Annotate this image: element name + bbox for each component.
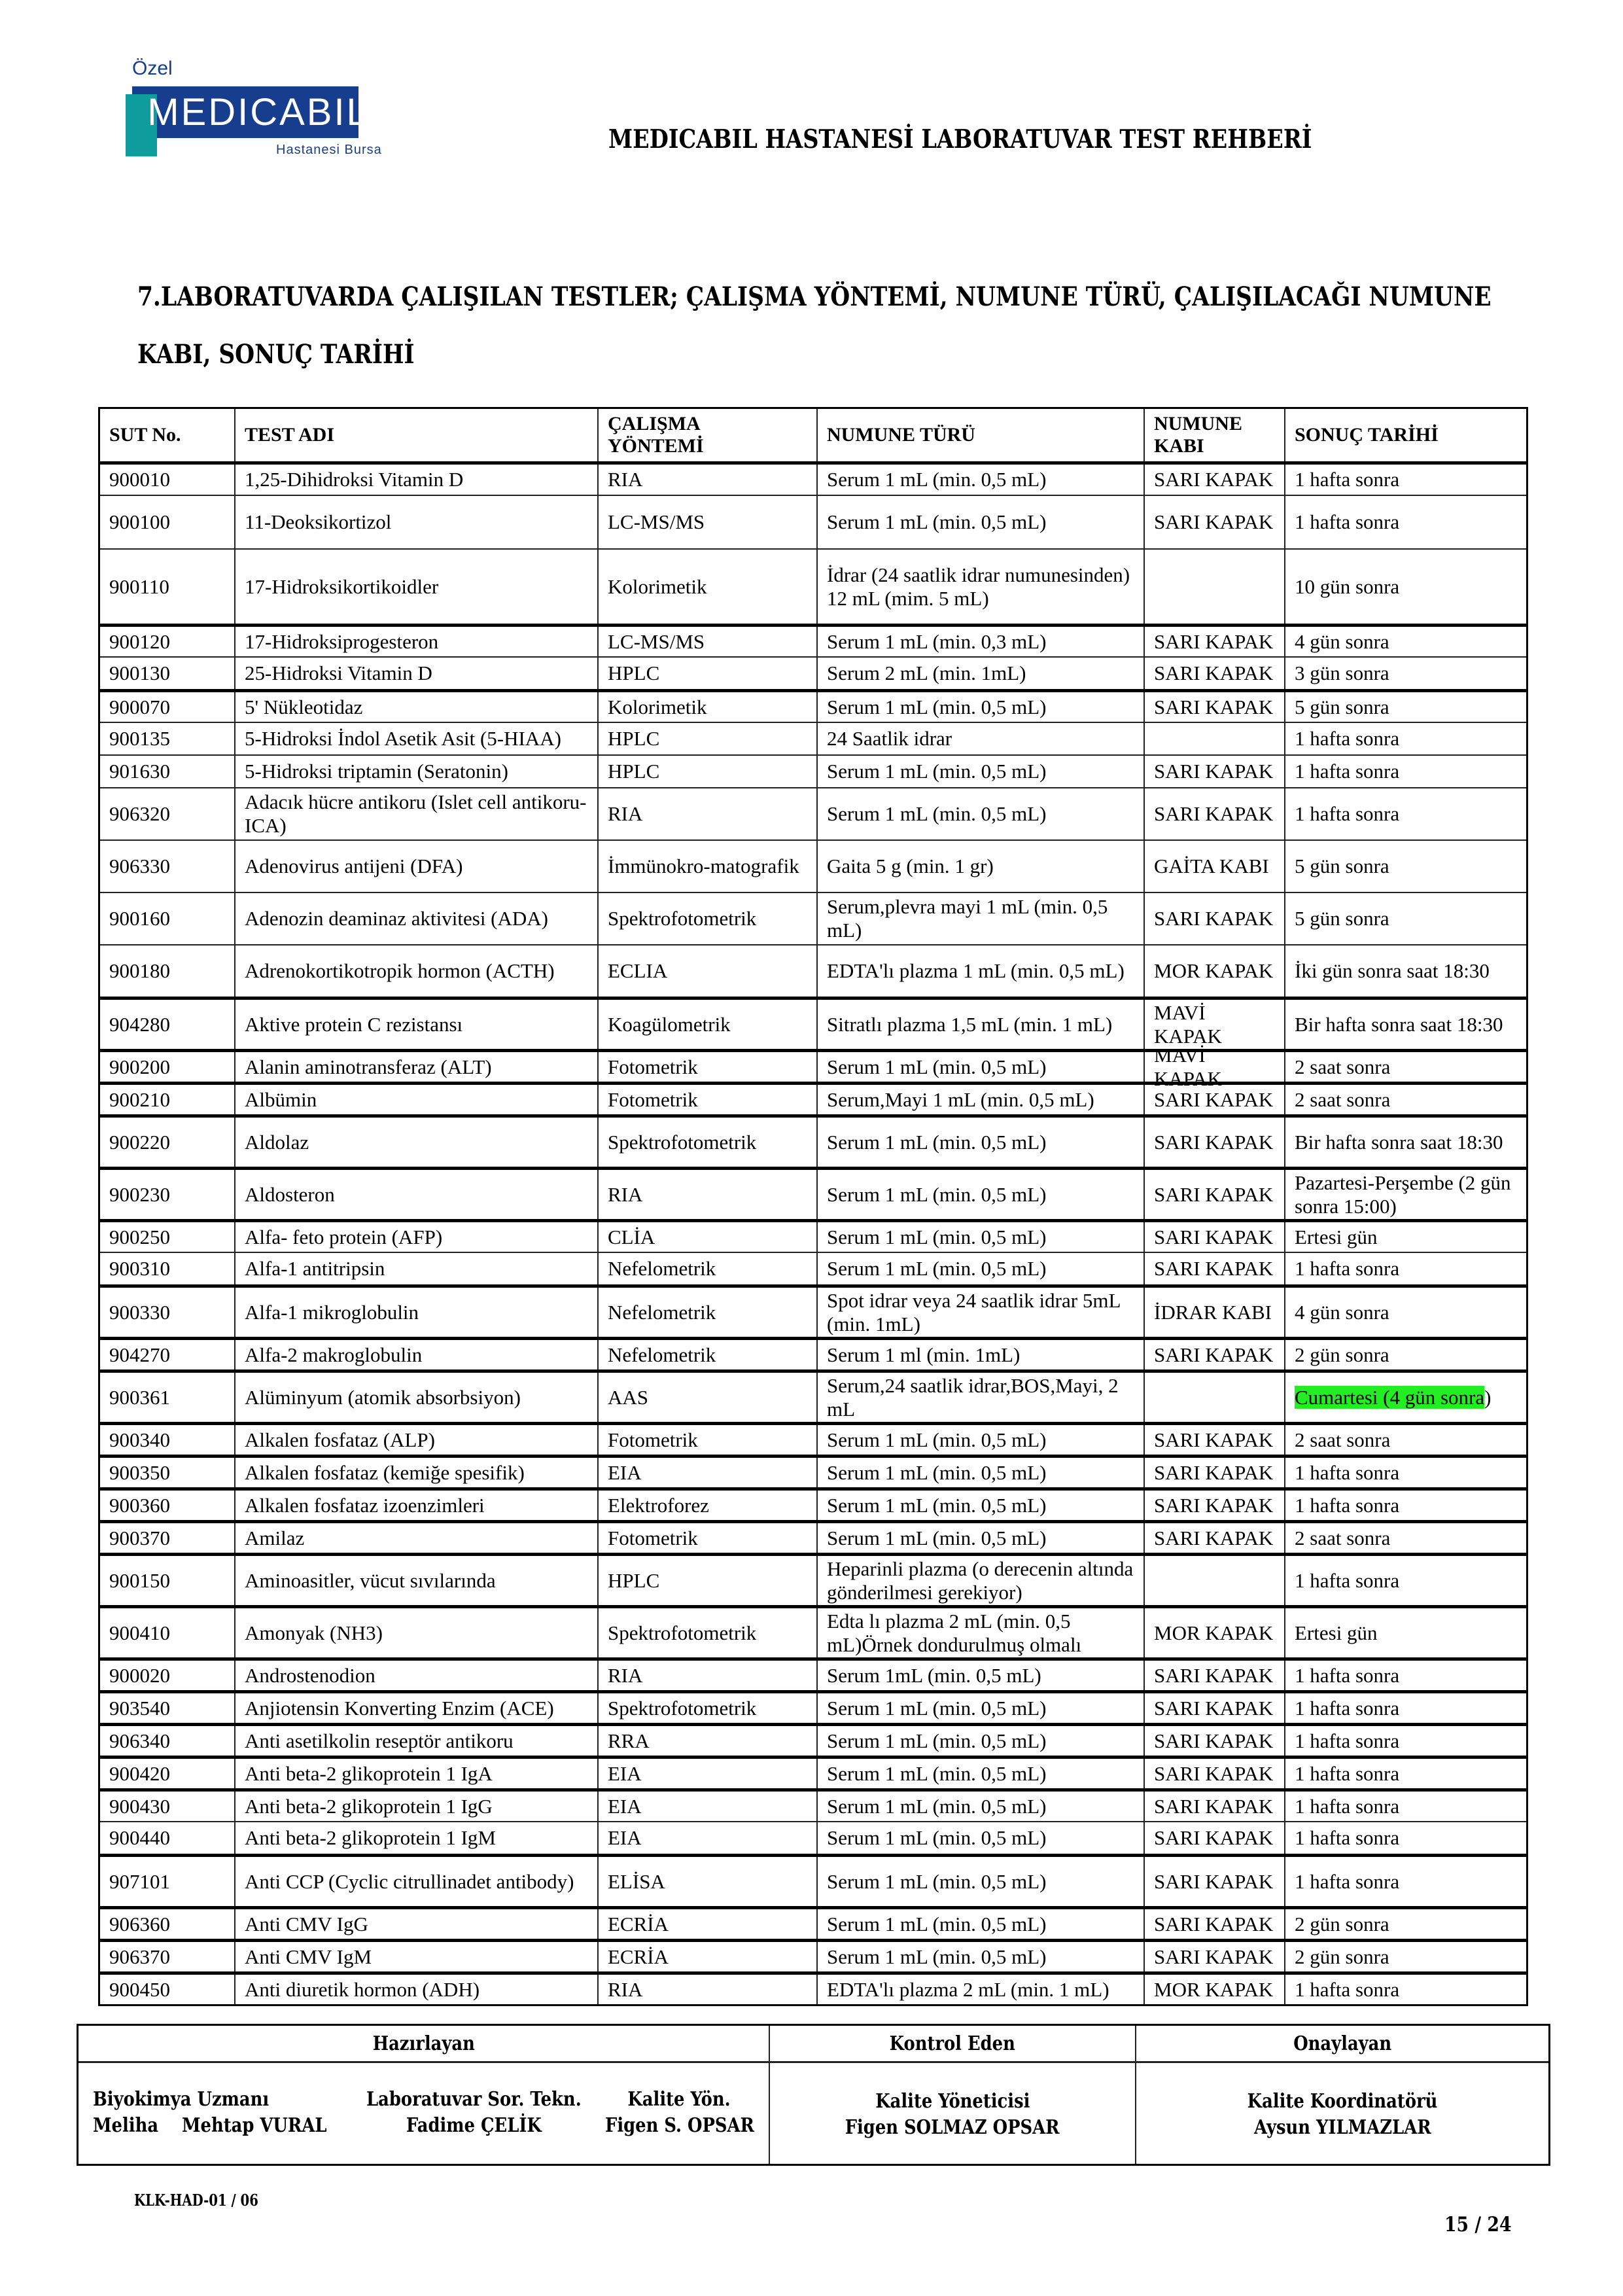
column-header: NUMUNE TÜRÜ [816,409,1143,461]
cell-sample: EDTA'lı plazma 2 mL (min. 1 mL) [816,1975,1143,2004]
cell-sut: 906370 [100,1942,234,1971]
cell-sut: 901630 [100,756,234,787]
cell-method: RIA [597,465,816,495]
cell-sut: 900130 [100,658,234,689]
table-row: 9001355-Hidroksi İndol Asetik Asit (5-HI… [100,722,1526,754]
cell-sut: 906340 [100,1726,234,1756]
cell-result: 1 hafta sonra [1284,1458,1526,1487]
table-row: 900180Adrenokortikotropik hormon (ACTH)E… [100,944,1526,997]
cell-method: LC-MS/MS [597,627,816,656]
document-title: MEDICABIL HASTANESİ LABORATUVAR TEST REH… [608,124,1312,154]
cell-test: Amilaz [234,1523,597,1553]
cell-result: 1 hafta sonra [1284,1857,1526,1906]
cell-sut: 900135 [100,723,234,754]
cell-result: 4 gün sonra [1284,1288,1526,1337]
highlighted-text: Cumartesi (4 gün sonra [1295,1386,1484,1409]
cell-container: SARI KAPAK [1143,893,1284,944]
cell-sample: Serum 1 mL (min. 0,5 mL) [816,1170,1143,1219]
cell-test: Anti CCP (Cyclic citrullinadet antibody) [234,1857,597,1906]
cell-result: Bir hafta sonra saat 18:30 [1284,1118,1526,1167]
column-header: SUT No. [100,409,234,461]
cell-sample: Serum,plevra mayi 1 mL (min. 0,5 mL) [816,893,1143,944]
cell-container: MAVİ KAPAK [1143,1052,1284,1082]
cell-sut: 900220 [100,1118,234,1167]
cell-test: Amonyak (NH3) [234,1608,597,1657]
cell-result: Ertesi gün [1284,1608,1526,1657]
cell-test: Androstenodion [234,1661,597,1690]
cell-container: SARI KAPAK [1143,1118,1284,1167]
cell-sut: 900110 [100,550,234,624]
cell-sample: Serum 1 mL (min. 0,5 mL) [816,1118,1143,1167]
approver-name: Aysun YILMAZLAR [1254,2115,1431,2141]
cell-sut: 906330 [100,841,234,892]
cell-sample: Serum 1 mL (min. 0,5 mL) [816,1253,1143,1284]
cell-method: ECLIA [597,945,816,997]
table-row: 900430Anti beta-2 glikoprotein 1 IgGEIAS… [100,1788,1526,1821]
cell-method: İmmünokro-matografik [597,841,816,892]
column-header: SONUÇ TARİHİ [1284,409,1526,461]
cell-sample: Serum 1 mL (min. 0,5 mL) [816,1052,1143,1082]
cell-test: Anti asetilkolin reseptör antikoru [234,1726,597,1756]
cell-result: 1 hafta sonra [1284,1975,1526,2004]
cell-test: Anti CMV IgM [234,1942,597,1971]
table-row: 90011017-HidroksikortikoidlerKolorimetik… [100,548,1526,624]
cell-test: Alfa-2 makroglobulin [234,1340,597,1369]
cell-result: Pazartesi-Perşembe (2 gün sonra 15:00) [1284,1170,1526,1219]
cell-method: CLİA [597,1222,816,1252]
cell-container: SARI KAPAK [1143,465,1284,495]
cell-container: SARI KAPAK [1143,1222,1284,1252]
table-row: 900440Anti beta-2 glikoprotein 1 IgMEIAS… [100,1821,1526,1854]
cell-method: RIA [597,1975,816,2004]
table-row: 900340Alkalen fosfataz (ALP)FotometrikSe… [100,1422,1526,1455]
cell-result: 1 hafta sonra [1284,788,1526,839]
cell-test: Alkalen fosfataz (kemiğe spesifik) [234,1458,597,1487]
table-row: 900420Anti beta-2 glikoprotein 1 IgAEIAS… [100,1756,1526,1788]
cell-sample: Serum 1 mL (min. 0,5 mL) [816,465,1143,495]
table-header: SUT No. TEST ADI ÇALIŞMA YÖNTEMİ NUMUNE … [100,409,1526,461]
cell-test: 17-Hidroksiprogesteron [234,627,597,656]
cell-test: Aktive protein C rezistansı [234,1000,597,1049]
cell-result: 2 saat sonra [1284,1052,1526,1082]
cell-container: SARI KAPAK [1143,1726,1284,1756]
cell-result: Cumartesi (4 gün sonra) [1284,1373,1526,1422]
table-row: 900361Alüminyum (atomik absorbsiyon)AASS… [100,1369,1526,1422]
cell-method: Fotometrik [597,1052,816,1082]
cell-test: Adrenokortikotropik hormon (ACTH) [234,945,597,997]
table-row: 900150Aminoasitler, vücut sıvılarındaHPL… [100,1553,1526,1605]
column-header: TEST ADI [234,409,597,461]
cell-test: Adacık hücre antikoru (Islet cell antiko… [234,788,597,839]
cell-sut: 900230 [100,1170,234,1219]
cell-method: ECRİA [597,1942,816,1971]
cell-method: Koagülometrik [597,1000,816,1049]
cell-method: HPLC [597,1556,816,1605]
cell-result: 2 gün sonra [1284,1942,1526,1971]
cell-sample: Serum 1 mL (min. 0,5 mL) [816,496,1143,548]
approved-heading: Onaylayan [1293,2032,1391,2055]
cell-sample: Serum 1 mL (min. 0,5 mL) [816,756,1143,787]
cell-container: SARI KAPAK [1143,1661,1284,1690]
cell-test: Alüminyum (atomik absorbsiyon) [234,1373,597,1422]
cell-sample: Serum 1 mL (min. 0,5 mL) [816,1857,1143,1906]
cell-sut: 900370 [100,1523,234,1553]
cell-method: HPLC [597,756,816,787]
cell-method: Fotometrik [597,1085,816,1114]
cell-container: SARI KAPAK [1143,1857,1284,1906]
cell-sample: Serum 1 mL (min. 0,5 mL) [816,1523,1143,1553]
cell-sample: 24 Saatlik idrar [816,723,1143,754]
cell-test: 5-Hidroksi İndol Asetik Asit (5-HIAA) [234,723,597,754]
cell-container: SARI KAPAK [1143,788,1284,839]
cell-method: Nefelometrik [597,1288,816,1337]
table-row: 900450Anti diuretik hormon (ADH)RIAEDTA'… [100,1971,1526,2004]
table-row: 903540Anjiotensin Konverting Enzim (ACE)… [100,1690,1526,1723]
cell-test: Alkalen fosfataz izoenzimleri [234,1491,597,1520]
cell-sut: 900420 [100,1759,234,1788]
logo-prefix: Özel [132,58,173,80]
cell-container: SARI KAPAK [1143,1759,1284,1788]
controlled-heading: Kontrol Eden [890,2032,1015,2055]
preparer: Biyokimya Uzmanı Meliha Mehtap VURAL [93,2087,326,2139]
cell-sut: 900120 [100,627,234,656]
cell-sample: Gaita 5 g (min. 1 gr) [816,841,1143,892]
cell-sample: Serum 1 mL (min. 0,5 mL) [816,1759,1143,1788]
cell-method: RIA [597,1170,816,1219]
cell-sample: Serum 1 mL (min. 0,5 mL) [816,1822,1143,1854]
cell-method: Elektroforez [597,1491,816,1520]
table-row: 904280Aktive protein C rezistansıKoagülo… [100,997,1526,1049]
cell-result: 1 hafta sonra [1284,1556,1526,1605]
cell-sut: 900450 [100,1975,234,2004]
table-row: 900370AmilazFotometrikSerum 1 mL (min. 0… [100,1520,1526,1553]
cell-sample: İdrar (24 saatlik idrar numunesinden) 12… [816,550,1143,624]
cell-sample: Serum 1 mL (min. 0,3 mL) [816,627,1143,656]
table-row: 906320Adacık hücre antikoru (Islet cell … [100,787,1526,839]
document-code: KLK-HAD-01 / 06 [134,2191,258,2210]
cell-method: HPLC [597,658,816,689]
cell-method: Nefelometrik [597,1253,816,1284]
cell-result: 2 gün sonra [1284,1340,1526,1369]
cell-sample: Serum,Mayi 1 mL (min. 0,5 mL) [816,1085,1143,1114]
cell-sut: 906360 [100,1909,234,1939]
cell-sut: 900070 [100,692,234,722]
table-row: 9000705' NükleotidazKolorimetikSerum 1 m… [100,689,1526,722]
cell-sut: 900430 [100,1792,234,1821]
table-row: 906370Anti CMV IgMECRİASerum 1 mL (min. … [100,1939,1526,1971]
cell-test: Alfa-1 mikroglobulin [234,1288,597,1337]
cell-method: Kolorimetik [597,550,816,624]
cell-container: SARI KAPAK [1143,1458,1284,1487]
cell-container [1143,550,1284,624]
cell-sample: Serum 1 mL (min. 0,5 mL) [816,1491,1143,1520]
cell-result: 1 hafta sonra [1284,756,1526,787]
cell-container: SARI KAPAK [1143,1523,1284,1553]
cell-result: 1 hafta sonra [1284,1661,1526,1690]
cell-method: RRA [597,1726,816,1756]
cell-test: Aminoasitler, vücut sıvılarında [234,1556,597,1605]
cell-sut: 900150 [100,1556,234,1605]
test-table: SUT No. TEST ADI ÇALIŞMA YÖNTEMİ NUMUNE … [98,407,1528,2006]
cell-container: SARI KAPAK [1143,1253,1284,1284]
cell-sample: Edta lı plazma 2 mL (min. 0,5 mL)Örnek d… [816,1608,1143,1657]
cell-sut: 904270 [100,1340,234,1369]
table-row: 900360Alkalen fosfataz izoenzimleriElekt… [100,1487,1526,1520]
cell-method: ELİSA [597,1857,816,1906]
table-row: 900310Alfa-1 antitripsinNefelometrikSeru… [100,1252,1526,1284]
cell-result: 3 gün sonra [1284,658,1526,689]
preparer: Laboratuvar Sor. Tekn. Fadime ÇELİK [366,2087,582,2139]
cell-container: SARI KAPAK [1143,1822,1284,1854]
cell-test: Anti CMV IgG [234,1909,597,1939]
cell-container: SARI KAPAK [1143,1425,1284,1455]
table-row: 906330Adenovirus antijeni (DFA)İmmünokro… [100,839,1526,892]
cell-container: MOR KAPAK [1143,1608,1284,1657]
cell-container: İDRAR KABI [1143,1288,1284,1337]
cell-sut: 900250 [100,1222,234,1252]
table-row: 900230AldosteronRIASerum 1 mL (min. 0,5 … [100,1167,1526,1219]
cell-sample: EDTA'lı plazma 1 mL (min. 0,5 mL) [816,945,1143,997]
logo-subtitle: Hastanesi Bursa [276,143,382,158]
cell-sample: Serum 1 mL (min. 0,5 mL) [816,1909,1143,1939]
table-row: 900210AlbüminFotometrikSerum,Mayi 1 mL (… [100,1082,1526,1114]
cell-sut: 900010 [100,465,234,495]
cell-container: SARI KAPAK [1143,1909,1284,1939]
cell-container: SARI KAPAK [1143,658,1284,689]
table-row: 90013025-Hidroksi Vitamin DHPLCSerum 2 m… [100,656,1526,689]
cell-sut: 900020 [100,1661,234,1690]
controller-name: Figen SOLMAZ OPSAR [845,2115,1060,2141]
cell-result: 5 gün sonra [1284,692,1526,722]
cell-method: Kolorimetik [597,692,816,722]
table-row: 9016305-Hidroksi triptamin (Seratonin)HP… [100,754,1526,787]
cell-result: 1 hafta sonra [1284,1693,1526,1723]
cell-test: Aldosteron [234,1170,597,1219]
cell-sut: 900361 [100,1373,234,1422]
cell-method: HPLC [597,723,816,754]
cell-sample: Serum 1 mL (min. 0,5 mL) [816,1693,1143,1723]
cell-sut: 903540 [100,1693,234,1723]
cell-sample: Sitratlı plazma 1,5 mL (min. 1 mL) [816,1000,1143,1049]
cell-sample: Serum 1 ml (min. 1mL) [816,1340,1143,1369]
cell-sut: 900100 [100,496,234,548]
cell-test: 17-Hidroksikortikoidler [234,550,597,624]
cell-result: 2 saat sonra [1284,1523,1526,1553]
cell-sut: 900310 [100,1253,234,1284]
cell-result: 1 hafta sonra [1284,1792,1526,1821]
cell-result: 10 gün sonra [1284,550,1526,624]
cell-test: 1,25-Dihidroksi Vitamin D [234,465,597,495]
cell-method: EIA [597,1822,816,1854]
table-row: 900330Alfa-1 mikroglobulinNefelometrikSp… [100,1284,1526,1337]
cell-test: Alfa-1 antitripsin [234,1253,597,1284]
cell-test: Anjiotensin Konverting Enzim (ACE) [234,1693,597,1723]
cell-test: Adenovirus antijeni (DFA) [234,841,597,892]
table-row: 900220AldolazSpektrofotometrikSerum 1 mL… [100,1114,1526,1167]
controlled-by: Kontrol Eden Kalite Yöneticisi Figen SOL… [769,2026,1135,2164]
table-row: 90012017-HidroksiprogesteronLC-MS/MSSeru… [100,624,1526,656]
cell-result: 1 hafta sonra [1284,465,1526,495]
cell-method: EIA [597,1759,816,1788]
cell-method: EIA [597,1792,816,1821]
column-header: ÇALIŞMA YÖNTEMİ [597,409,816,461]
table-row: 900200Alanin aminotransferaz (ALT)Fotome… [100,1049,1526,1082]
cell-result: 1 hafta sonra [1284,1253,1526,1284]
cell-result: 5 gün sonra [1284,841,1526,892]
cell-sut: 907101 [100,1857,234,1906]
cell-sample: Serum 1 mL (min. 0,5 mL) [816,1726,1143,1756]
cell-sut: 900160 [100,893,234,944]
cell-container [1143,1556,1284,1605]
cell-container: SARI KAPAK [1143,1942,1284,1971]
cell-test: Anti beta-2 glikoprotein 1 IgM [234,1822,597,1854]
hospital-logo: Özel MEDICABIL Hastanesi Bursa [126,58,466,156]
cell-container: MOR KAPAK [1143,945,1284,997]
cell-sut: 900340 [100,1425,234,1455]
cell-result: İki gün sonra saat 18:30 [1284,945,1526,997]
table-row: 906340Anti asetilkolin reseptör antikoru… [100,1723,1526,1756]
cell-method: LC-MS/MS [597,496,816,548]
cell-method: Spektrofotometrik [597,1693,816,1723]
cell-container: SARI KAPAK [1143,496,1284,548]
cell-result: Bir hafta sonra saat 18:30 [1284,1000,1526,1049]
cell-sample: Serum,24 saatlik idrar,BOS,Mayi, 2 mL [816,1373,1143,1422]
cell-sample: Serum 1 mL (min. 0,5 mL) [816,1792,1143,1821]
cell-sample: Serum 1 mL (min. 0,5 mL) [816,1222,1143,1252]
cell-method: ECRİA [597,1909,816,1939]
cell-container: SARI KAPAK [1143,1340,1284,1369]
table-row: 907101Anti CCP (Cyclic citrullinadet ant… [100,1854,1526,1906]
cell-method: AAS [597,1373,816,1422]
cell-test: Anti diuretik hormon (ADH) [234,1975,597,2004]
signature-block: Hazırlayan Biyokimya Uzmanı Meliha Mehta… [77,2024,1550,2166]
cell-result: 2 gün sonra [1284,1909,1526,1939]
cell-container: SARI KAPAK [1143,1085,1284,1114]
cell-sut: 906320 [100,788,234,839]
cell-container: GAİTA KABI [1143,841,1284,892]
cell-test: 25-Hidroksi Vitamin D [234,658,597,689]
cell-result: 1 hafta sonra [1284,1822,1526,1854]
cell-container: SARI KAPAK [1143,1170,1284,1219]
cell-sut: 904280 [100,1000,234,1049]
cell-container [1143,1373,1284,1422]
cell-test: Alanin aminotransferaz (ALT) [234,1052,597,1082]
table-row: 90010011-DeoksikortizolLC-MS/MSSerum 1 m… [100,495,1526,548]
table-row: 900160Adenozin deaminaz aktivitesi (ADA)… [100,892,1526,944]
cell-method: Spektrofotometrik [597,1608,816,1657]
table-row: 900410Amonyak (NH3)SpektrofotometrikEdta… [100,1605,1526,1657]
cell-method: Spektrofotometrik [597,893,816,944]
cell-test: Anti beta-2 glikoprotein 1 IgG [234,1792,597,1821]
prepared-by: Hazırlayan Biyokimya Uzmanı Meliha Mehta… [79,2026,769,2164]
cell-sut: 900330 [100,1288,234,1337]
cell-result: Ertesi gün [1284,1222,1526,1252]
cell-sut: 900350 [100,1458,234,1487]
cell-test: Adenozin deaminaz aktivitesi (ADA) [234,893,597,944]
cell-container [1143,723,1284,754]
cell-result: 2 saat sonra [1284,1425,1526,1455]
cell-sut: 900410 [100,1608,234,1657]
cell-method: Fotometrik [597,1523,816,1553]
cell-sample: Spot idrar veya 24 saatlik idrar 5mL (mi… [816,1288,1143,1337]
cell-result: 5 gün sonra [1284,893,1526,944]
cell-result: 1 hafta sonra [1284,723,1526,754]
cell-sample: Serum 1 mL (min. 0,5 mL) [816,692,1143,722]
prepared-heading: Hazırlayan [372,2032,474,2055]
cell-test: Alfa- feto protein (AFP) [234,1222,597,1252]
cell-method: RIA [597,788,816,839]
cell-sample: Serum 1 mL (min. 0,5 mL) [816,1425,1143,1455]
cell-method: EIA [597,1458,816,1487]
page-number: 15 / 24 [1444,2213,1512,2236]
cell-container: SARI KAPAK [1143,1491,1284,1520]
cell-sample: Serum 1 mL (min. 0,5 mL) [816,1942,1143,1971]
cell-result: 1 hafta sonra [1284,496,1526,548]
cell-test: 11-Deoksikortizol [234,496,597,548]
cell-result: 2 saat sonra [1284,1085,1526,1114]
table-row: 900250Alfa- feto protein (AFP)CLİASerum … [100,1219,1526,1252]
cell-sut: 900360 [100,1491,234,1520]
cell-container: SARI KAPAK [1143,756,1284,787]
cell-sample: Serum 1 mL (min. 0,5 mL) [816,1458,1143,1487]
cell-container: SARI KAPAK [1143,627,1284,656]
approved-by: Onaylayan Kalite Koordinatörü Aysun YILM… [1135,2026,1548,2164]
column-header: NUMUNE KABI [1143,409,1284,461]
cell-sample: Serum 1mL (min. 0,5 mL) [816,1661,1143,1690]
controller-role: Kalite Yöneticisi [875,2089,1030,2115]
cell-method: RIA [597,1661,816,1690]
table-row: 906360Anti CMV IgGECRİASerum 1 mL (min. … [100,1906,1526,1939]
cell-test: 5' Nükleotidaz [234,692,597,722]
cell-method: Fotometrik [597,1425,816,1455]
logo-brand: MEDICABIL [147,90,370,134]
cell-result: 1 hafta sonra [1284,1491,1526,1520]
cell-sample: Serum 2 mL (min. 1mL) [816,658,1143,689]
cell-container: SARI KAPAK [1143,692,1284,722]
cell-test: Alkalen fosfataz (ALP) [234,1425,597,1455]
cell-container: SARI KAPAK [1143,1792,1284,1821]
cell-sut: 900200 [100,1052,234,1082]
cell-sample: Heparinli plazma (o derecenin altında gö… [816,1556,1143,1605]
cell-sut: 900440 [100,1822,234,1854]
cell-container: MOR KAPAK [1143,1975,1284,2004]
table-row: 9000101,25-Dihidroksi Vitamin DRIASerum … [100,461,1526,495]
cell-test: Albümin [234,1085,597,1114]
cell-sample: Serum 1 mL (min. 0,5 mL) [816,788,1143,839]
table-row: 900350Alkalen fosfataz (kemiğe spesifik)… [100,1455,1526,1487]
cell-sut: 900210 [100,1085,234,1114]
section-heading: 7.LABORATUVARDA ÇALIŞILAN TESTLER; ÇALIŞ… [137,268,1341,383]
cell-method: Spektrofotometrik [597,1118,816,1167]
approver-role: Kalite Koordinatörü [1248,2089,1438,2115]
cell-container: MAVİ KAPAK [1143,1000,1284,1049]
cell-test: Anti beta-2 glikoprotein 1 IgA [234,1759,597,1788]
cell-result: 1 hafta sonra [1284,1726,1526,1756]
cell-result: 4 gün sonra [1284,627,1526,656]
cell-container: SARI KAPAK [1143,1693,1284,1723]
table-row: 900020AndrostenodionRIASerum 1mL (min. 0… [100,1657,1526,1690]
cell-result: 1 hafta sonra [1284,1759,1526,1788]
cell-method: Nefelometrik [597,1340,816,1369]
preparer: Kalite Yön. Figen S. OPSAR [605,2087,754,2139]
cell-test: Aldolaz [234,1118,597,1167]
table-row: 904270Alfa-2 makroglobulinNefelometrikSe… [100,1337,1526,1369]
cell-sut: 900180 [100,945,234,997]
cell-test: 5-Hidroksi triptamin (Seratonin) [234,756,597,787]
section-heading-line1: 7.LABORATUVARDA ÇALIŞILAN TESTLER; ÇALIŞ… [137,268,1341,326]
section-heading-line2: KABI, SONUÇ TARİHİ [137,326,1341,383]
